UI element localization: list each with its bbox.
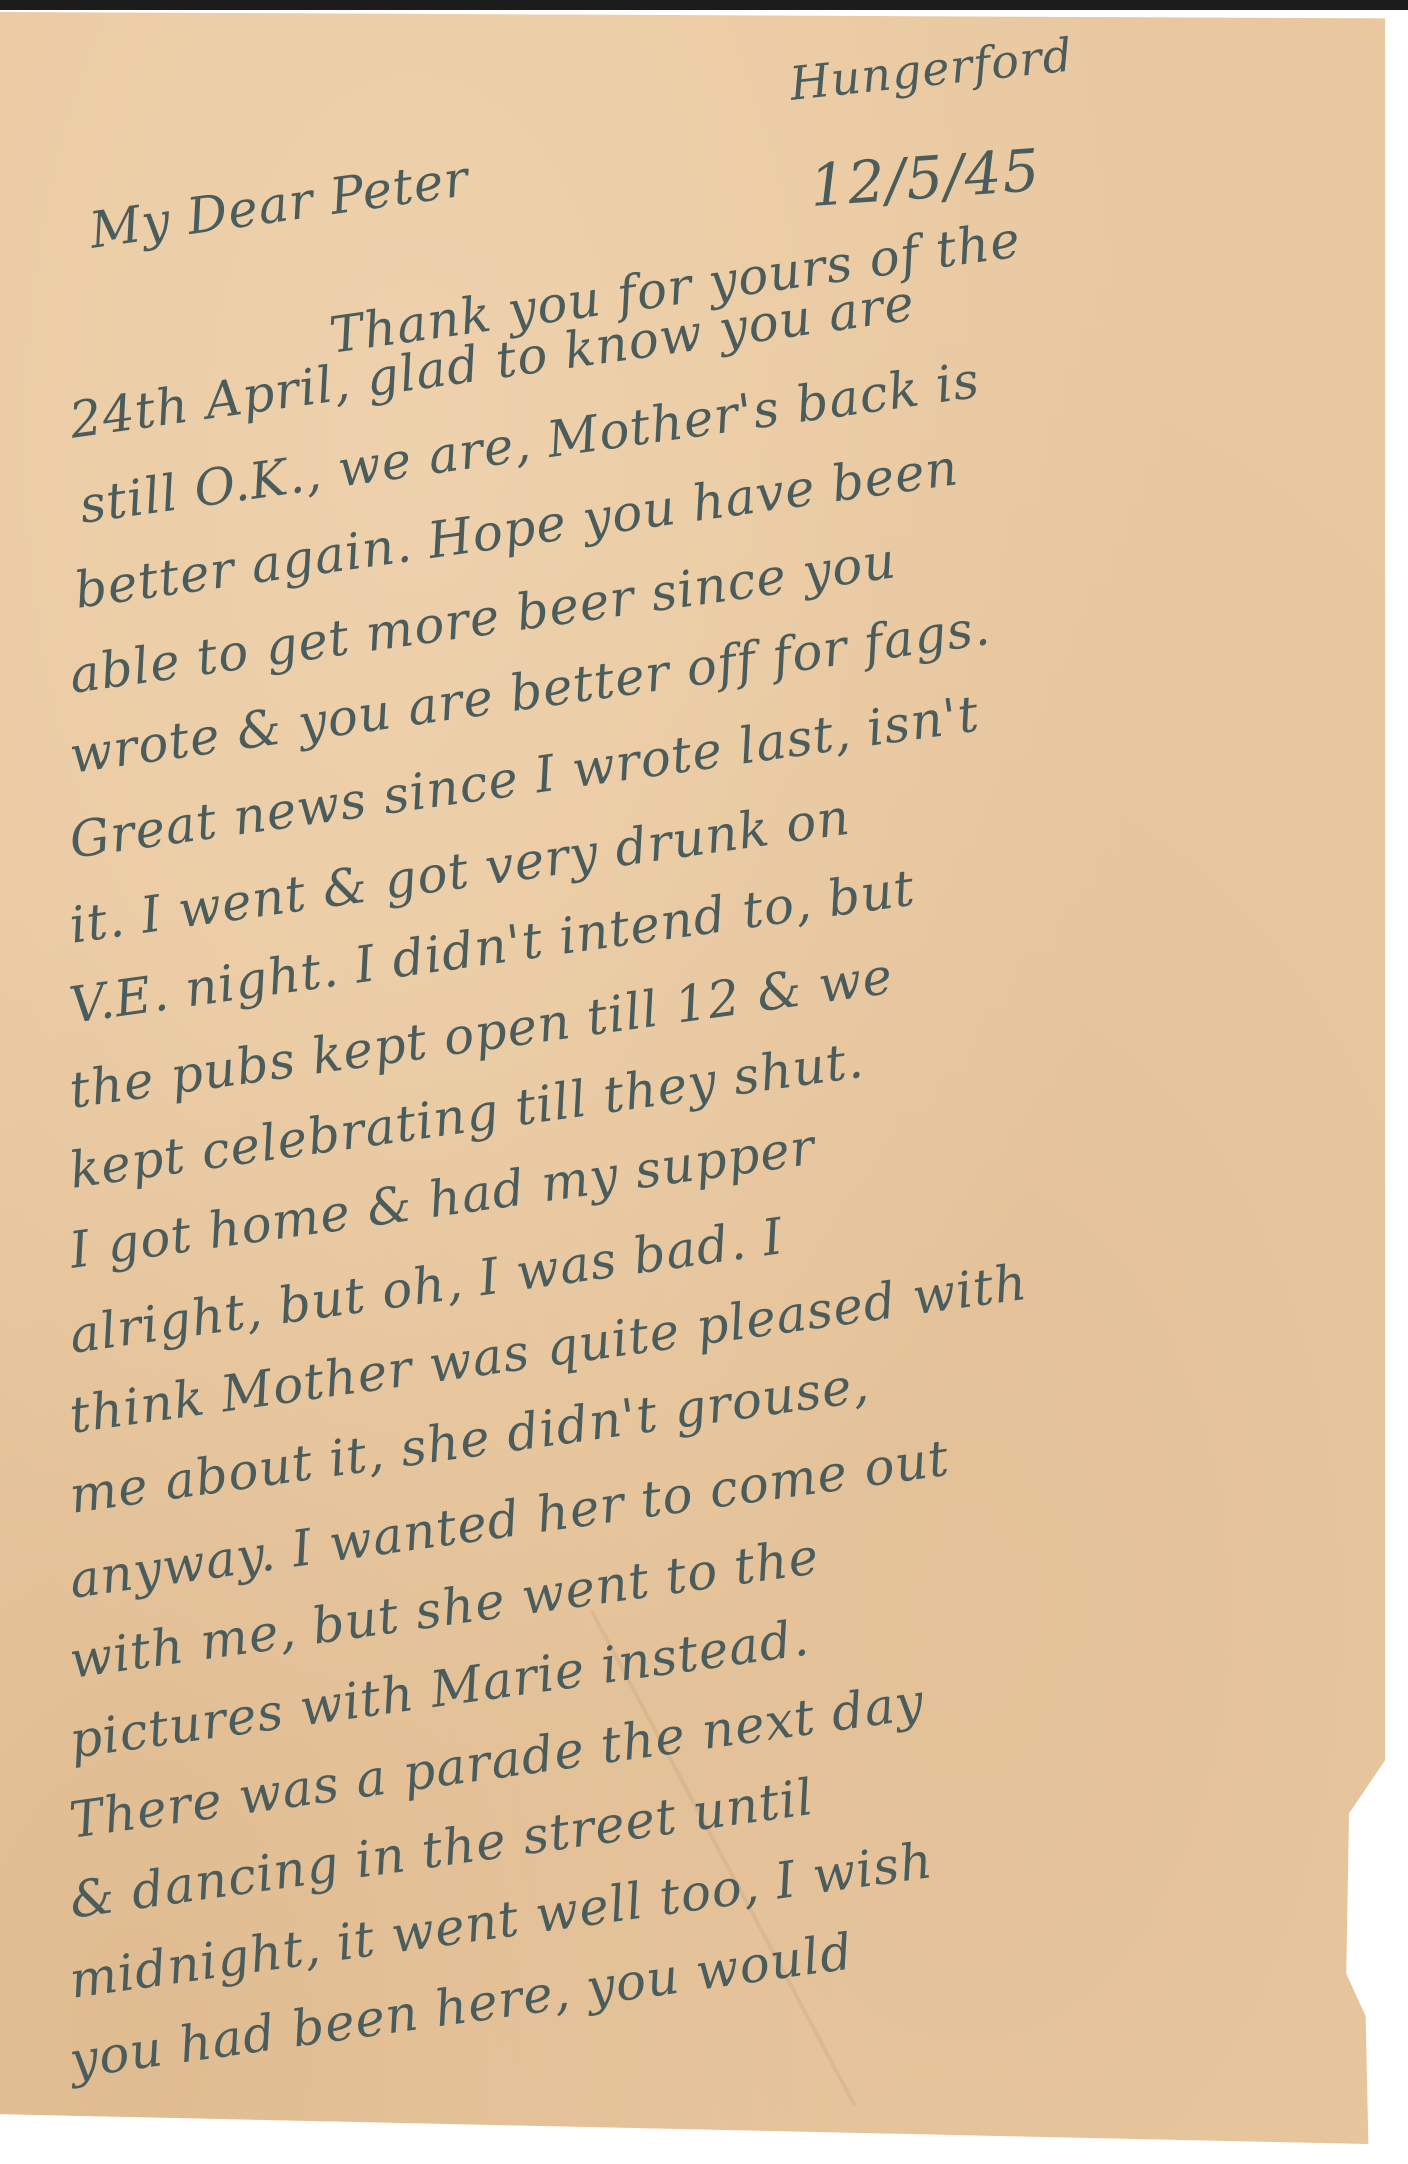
scanner-edge (0, 0, 1408, 10)
letter-page: Hungerford 12/5/45 My Dear Peter Thank y… (0, 12, 1385, 2144)
letter-date: 12/5/45 (808, 136, 1043, 220)
letter-salutation: My Dear Peter (86, 149, 473, 260)
letter-place: Hungerford (787, 27, 1075, 110)
